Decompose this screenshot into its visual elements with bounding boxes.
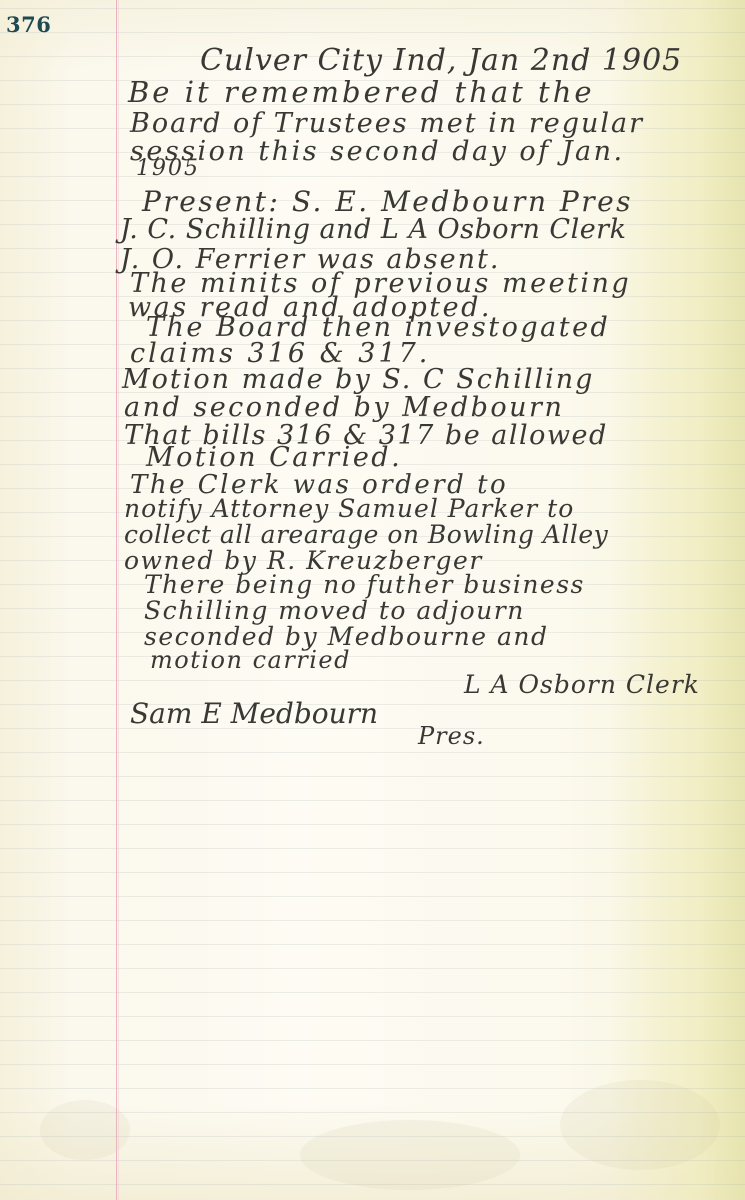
minutes-line: session this second day of Jan. [130, 138, 625, 165]
left-margin-rule [116, 0, 117, 1200]
clerk-signature: L A Osborn Clerk [464, 672, 700, 697]
president-title: Pres. [418, 724, 485, 748]
motion-line: Motion made by S. C Schilling [122, 366, 594, 393]
minutes-line: notify Attorney Samuel Parker to [124, 496, 574, 521]
paper-stain [40, 1100, 130, 1160]
minutes-line: The Board then investogated [146, 314, 610, 341]
motion-line: and seconded by Medbourn [124, 394, 564, 421]
adjournment-line: Schilling moved to adjourn [144, 598, 525, 623]
left-margin-rule-shadow [118, 0, 119, 1200]
page-number: 376 [6, 12, 51, 37]
minutes-line: claims 316 & 317. [130, 340, 430, 367]
paper-stain [300, 1120, 520, 1190]
attendance-present-cont: J. C. Schilling and L A Osborn Clerk [120, 216, 626, 243]
paper-stain [560, 1080, 720, 1170]
ledger-page: 376 Culver City Ind, Jan 2nd 1905 Be it … [0, 0, 745, 1200]
heading-place-date: Culver City Ind, Jan 2nd 1905 [200, 46, 682, 76]
minutes-line: Board of Trustees met in regular [130, 110, 644, 137]
motion-result: Motion Carried. [146, 444, 402, 471]
adjournment-line: There being no futher business [144, 572, 585, 597]
president-signature: Sam E Medbourn [130, 700, 378, 728]
minutes-line: 1905 [136, 158, 200, 180]
minutes-line: collect all arearage on Bowling Alley [124, 522, 608, 547]
attendance-present: Present: S. E. Medbourn Pres [142, 188, 633, 216]
minutes-line: Be it remembered that the [128, 78, 595, 107]
adjournment-line: motion carried [150, 648, 351, 672]
